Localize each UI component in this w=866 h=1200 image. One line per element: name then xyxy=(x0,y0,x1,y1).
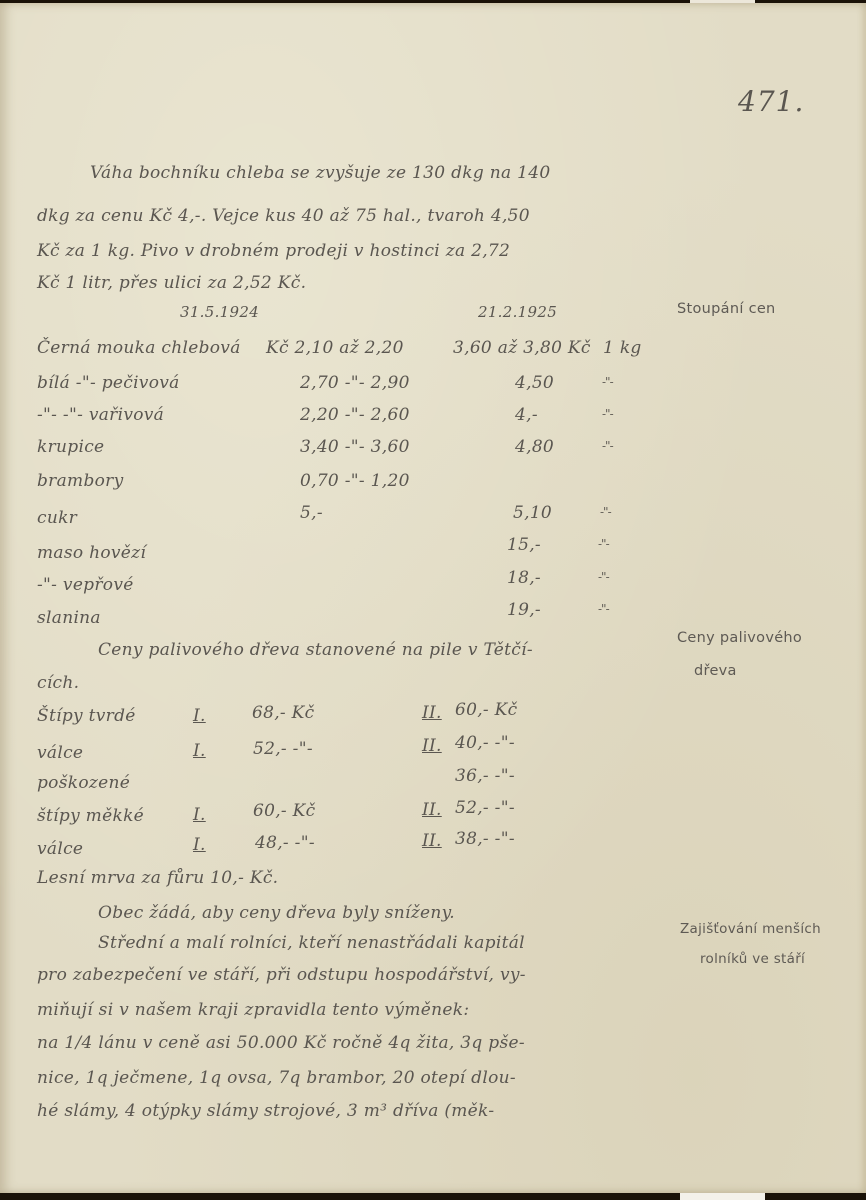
firewood-row-class-1: I. xyxy=(193,835,206,855)
price-row-1924: 5,- xyxy=(300,503,323,523)
price-row-unit: -"- xyxy=(598,602,609,616)
firewood-row-price-2: 60,- Kč xyxy=(455,700,518,720)
date-1925-header: 21.2.1925 xyxy=(478,303,557,321)
handwritten-chronicle-page: 471. Váha bochníku chleba se zvyšuje ze … xyxy=(0,3,866,1193)
retirement-line-2: pro zabezpečení ve stáří, při odstupu ho… xyxy=(37,965,526,985)
retirement-line-4: na 1/4 lánu v ceně asi 50.000 Kč ročně 4… xyxy=(37,1033,525,1053)
firewood-row-price-2: 38,- -"- xyxy=(455,829,515,849)
price-row-unit: -"- xyxy=(602,375,613,389)
firewood-row-class-1: I. xyxy=(193,741,206,761)
price-row-1925: 4,80 xyxy=(515,437,554,457)
price-row-unit: -"- xyxy=(602,407,613,421)
retirement-line-5: nice, 1q ječmene, 1q ovsa, 7q brambor, 2… xyxy=(37,1068,516,1088)
firewood-row-price-1: 60,- Kč xyxy=(253,801,316,821)
firewood-row-item: štípy měkké xyxy=(37,806,144,826)
retirement-line-1: Střední a malí rolníci, kteří nenastřáda… xyxy=(98,933,525,953)
margin-note-retirement-1: Zajišťování menších xyxy=(680,921,821,937)
price-row-item: slanina xyxy=(37,608,101,628)
firewood-row-class-2: II. xyxy=(422,831,442,851)
price-row-unit: -"- xyxy=(600,505,611,519)
forest-litter-price: Lesní mrva za fůru 10,- Kč. xyxy=(37,868,278,888)
price-row-item: maso hovězí xyxy=(37,543,146,563)
page-edge-tab xyxy=(680,1193,765,1200)
margin-note-retirement-2: rolníků ve stáří xyxy=(700,951,805,967)
price-row-1924: 3,40 -"- 3,60 xyxy=(300,437,410,457)
price-row-1925: 4,- xyxy=(515,405,538,425)
firewood-row-class-2: II. xyxy=(422,736,442,756)
firewood-row-price-2: 52,- -"- xyxy=(455,798,515,818)
firewood-row-class-1: I. xyxy=(193,805,206,825)
price-row-1925: 4,50 xyxy=(515,373,554,393)
price-row-1924: Kč 2,10 až 2,20 xyxy=(266,338,404,358)
firewood-row-price-1: 48,- -"- xyxy=(255,833,315,853)
price-row-item: -"- -"- vařivová xyxy=(37,405,164,425)
firewood-row-class-2: II. xyxy=(422,703,442,723)
firewood-row-class-1: I. xyxy=(193,706,206,726)
firewood-row-item: válce xyxy=(37,743,83,763)
retirement-line-6: hé slámy, 4 otýpky slámy strojové, 3 m³ … xyxy=(37,1101,494,1121)
price-row-item: krupice xyxy=(37,437,104,457)
price-row-1925: 15,- xyxy=(507,535,541,555)
price-row-unit: 1 kg xyxy=(603,338,642,358)
margin-note-firewood-1: Ceny palivového xyxy=(677,630,802,646)
municipality-request: Obec žádá, aby ceny dřeva byly sníženy. xyxy=(98,903,455,923)
price-row-item: Černá mouka chlebová xyxy=(37,338,241,358)
intro-line-4: Kč 1 litr, přes ulici za 2,52 Kč. xyxy=(37,273,306,293)
margin-note-price-rise: Stoupání cen xyxy=(677,301,776,317)
price-row-item: cukr xyxy=(37,508,77,528)
firewood-row-price-1: 68,- Kč xyxy=(252,703,315,723)
price-row-unit: -"- xyxy=(598,537,609,551)
price-row-1924: 0,70 -"- 1,20 xyxy=(300,471,410,491)
firewood-intro-line-2: cích. xyxy=(37,673,79,693)
date-1924-header: 31.5.1924 xyxy=(180,303,259,321)
margin-note-firewood-2: dřeva xyxy=(694,663,737,679)
price-row-1925: 3,60 až 3,80 Kč xyxy=(453,338,591,358)
intro-line-1: Váha bochníku chleba se zvyšuje ze 130 d… xyxy=(90,163,551,183)
firewood-row-price-2: 36,- -"- xyxy=(455,766,515,786)
price-row-item: brambory xyxy=(37,471,124,491)
price-row-1924: 2,20 -"- 2,60 xyxy=(300,405,410,425)
price-row-unit: -"- xyxy=(602,439,613,453)
page-number: 471. xyxy=(738,85,804,118)
price-row-1924: 2,70 -"- 2,90 xyxy=(300,373,410,393)
price-row-item: bílá -"- pečivová xyxy=(37,373,180,393)
price-row-unit: -"- xyxy=(598,570,609,584)
price-row-1925: 5,10 xyxy=(513,503,552,523)
price-row-1925: 18,- xyxy=(507,568,541,588)
intro-line-2: dkg za cenu Kč 4,-. Vejce kus 40 až 75 h… xyxy=(37,206,530,226)
firewood-row-item: Štípy tvrdé xyxy=(37,706,136,726)
price-row-item: -"- vepřové xyxy=(37,575,134,595)
price-row-1925: 19,- xyxy=(507,600,541,620)
firewood-row-item: poškozené xyxy=(37,773,130,793)
firewood-intro-line-1: Ceny palivového dřeva stanovené na pile … xyxy=(98,640,533,660)
firewood-row-price-2: 40,- -"- xyxy=(455,733,515,753)
retirement-line-3: miňují si v našem kraji zpravidla tento … xyxy=(37,1000,469,1020)
firewood-row-price-1: 52,- -"- xyxy=(253,739,313,759)
intro-line-3: Kč za 1 kg. Pivo v drobném prodeji v hos… xyxy=(37,241,510,261)
firewood-row-item: válce xyxy=(37,839,83,859)
firewood-row-class-2: II. xyxy=(422,800,442,820)
